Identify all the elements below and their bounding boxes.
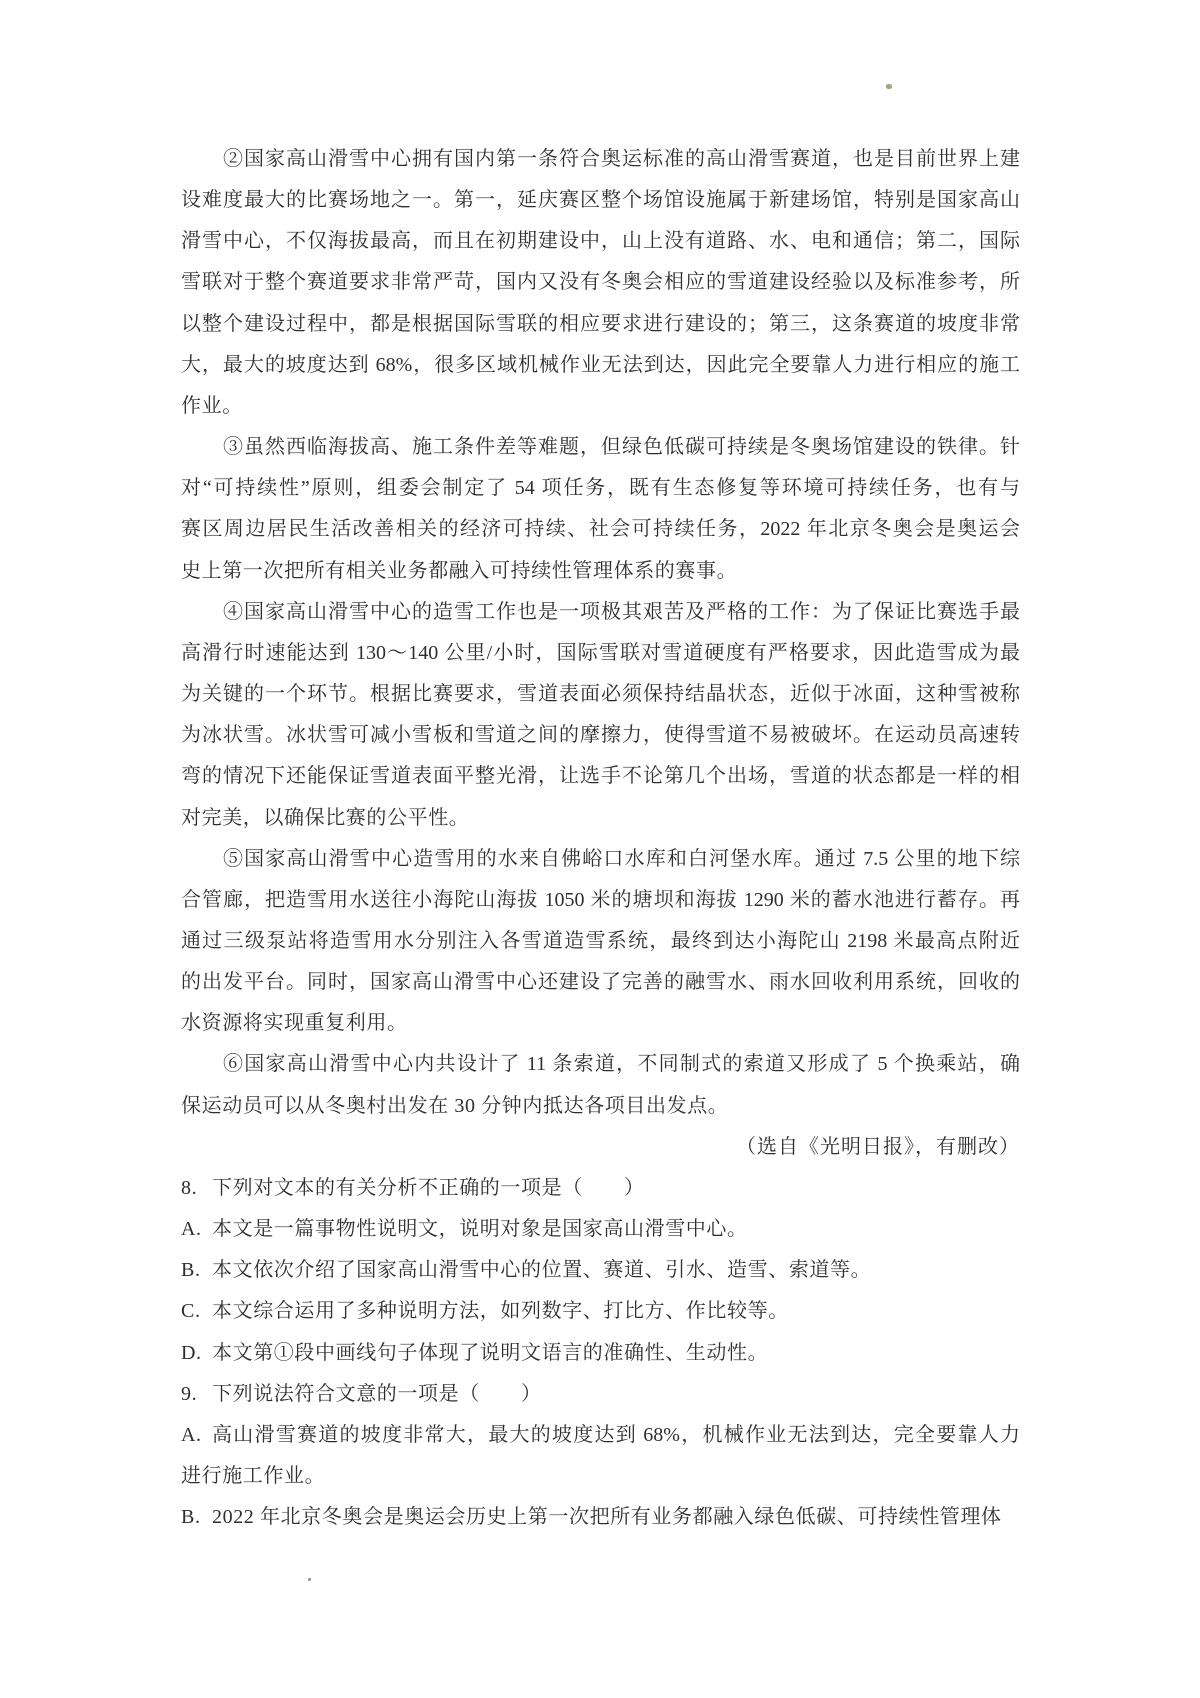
question-number: 8.	[181, 1168, 212, 1209]
passage-line: 赛区周边居民生活改善相关的经济可持续、社会可持续任务，2022 年北京冬奥会是奥…	[181, 509, 1020, 550]
passage-line: ④国家高山滑雪中心的造雪工作也是一项极其艰苦及严格的工作：为了保证比赛选手最	[181, 592, 1020, 633]
option-label: B.	[181, 1250, 212, 1291]
question-stem: 下列对文本的有关分析不正确的一项是（ ）	[212, 1168, 1020, 1209]
question-stem-row: 9.下列说法符合文意的一项是（ ）	[181, 1374, 1020, 1415]
passage-line: 大，最大的坡度达到 68%，很多区域机械作业无法到达，因此完全要靠人力进行相应的…	[181, 345, 1020, 386]
option-row: B.本文依次介绍了国家高山滑雪中心的位置、赛道、引水、造雪、索道等。	[181, 1250, 1020, 1291]
passage-paragraph-6: ⑥国家高山滑雪中心内共设计了 11 条索道，不同制式的索道又形成了 5 个换乘站…	[181, 1044, 1020, 1126]
option-row: B.2022 年北京冬奥会是奥运会历史上第一次把所有业务都融入绿色低碳、可持续性…	[181, 1497, 1020, 1538]
option-label: D.	[181, 1333, 212, 1374]
passage-line: 保运动员可以从冬奥村出发在 30 分钟内抵达各项目出发点。	[181, 1086, 1020, 1127]
passage-line: 为关键的一个环节。根据比赛要求，雪道表面必须保持结晶状态，近似于冰面，这种雪被称	[181, 674, 1020, 715]
passage-line: 合管廊，把造雪用水送往小海陀山海拔 1050 米的塘坝和海拔 1290 米的蓄水…	[181, 880, 1020, 921]
passage-line: 通过三级泵站将造雪用水分别注入各雪道造雪系统，最终到达小海陀山 2198 米最高…	[181, 921, 1020, 962]
passage-line: 对完美，以确保比赛的公平性。	[181, 798, 1020, 839]
passage-line: 设难度最大的比赛场地之一。第一，延庆赛区整个场馆设施属于新建场馆，特别是国家高山	[181, 180, 1020, 221]
option-text: 本文第①段中画线句子体现了说明文语言的准确性、生动性。	[212, 1333, 1020, 1374]
passage-line: ⑤国家高山滑雪中心造雪用的水来自佛峪口水库和白河堡水库。通过 7.5 公里的地下…	[181, 839, 1020, 880]
passage-line: ③虽然西临海拔高、施工条件差等难题，但绿色低碳可持续是冬奥场馆建设的铁律。针	[181, 427, 1020, 468]
passage-line: 作业。	[181, 386, 1020, 427]
passage-line: 的出发平台。同时，国家高山滑雪中心还建设了完善的融雪水、雨水回收利用系统，回收的	[181, 962, 1020, 1003]
question-number: 9.	[181, 1374, 212, 1415]
source-attribution: （选自《光明日报》，有删改）	[181, 1127, 1020, 1168]
option-row: A.高山滑雪赛道的坡度非常大，最大的坡度达到 68%，机械作业无法到达，完全要靠…	[181, 1415, 1020, 1456]
passage-line: 以整个建设过程中，都是根据国际雪联的相应要求进行建设的；第三，这条赛道的坡度非常	[181, 304, 1020, 345]
passage-line: 弯的情况下还能保证雪道表面平整光滑，让选手不论第几个出场，雪道的状态都是一样的相	[181, 756, 1020, 797]
passage-line: 雪联对于整个赛道要求非常严苛，国内又没有冬奥会相应的雪道建设经验以及标准参考，所	[181, 262, 1020, 303]
question-8: 8.下列对文本的有关分析不正确的一项是（ ）A.本文是一篇事物性说明文，说明对象…	[181, 1168, 1020, 1374]
option-text: 本文综合运用了多种说明方法，如列数字、打比方、作比较等。	[212, 1291, 1020, 1332]
option-label: A.	[181, 1209, 212, 1250]
passage-line: 对“可持续性”原则，组委会制定了 54 项任务，既有生态修复等环境可持续任务，也…	[181, 468, 1020, 509]
passage-line: 滑雪中心，不仅海拔最高，而且在初期建设中，山上没有道路、水、电和通信；第二，国际	[181, 221, 1020, 262]
scan-speck	[308, 1578, 311, 1581]
passage-paragraph-5: ⑤国家高山滑雪中心造雪用的水来自佛峪口水库和白河堡水库。通过 7.5 公里的地下…	[181, 839, 1020, 1045]
question-stem-row: 8.下列对文本的有关分析不正确的一项是（ ）	[181, 1168, 1020, 1209]
exam-page: ②国家高山滑雪中心拥有国内第一条符合奥运标准的高山滑雪赛道，也是目前世界上建设难…	[0, 0, 1200, 1698]
passage-paragraph-2: ②国家高山滑雪中心拥有国内第一条符合奥运标准的高山滑雪赛道，也是目前世界上建设难…	[181, 139, 1020, 427]
passage-line: 高滑行时速能达到 130～140 公里/小时，国际雪联对雪道硬度有严格要求，因此…	[181, 633, 1020, 674]
option-label: C.	[181, 1291, 212, 1332]
option-row: A.本文是一篇事物性说明文，说明对象是国家高山滑雪中心。	[181, 1209, 1020, 1250]
option-text: 2022 年北京冬奥会是奥运会历史上第一次把所有业务都融入绿色低碳、可持续性管理…	[212, 1497, 1020, 1538]
option-text: 本文依次介绍了国家高山滑雪中心的位置、赛道、引水、造雪、索道等。	[212, 1250, 1020, 1291]
option-row: D.本文第①段中画线句子体现了说明文语言的准确性、生动性。	[181, 1333, 1020, 1374]
option-text: 高山滑雪赛道的坡度非常大，最大的坡度达到 68%，机械作业无法到达，完全要靠人力	[212, 1415, 1020, 1456]
option-label: B.	[181, 1497, 212, 1538]
passage-line: ⑥国家高山滑雪中心内共设计了 11 条索道，不同制式的索道又形成了 5 个换乘站…	[181, 1044, 1020, 1085]
scan-speck	[886, 84, 892, 89]
option-continuation-line: 进行施工作业。	[181, 1456, 1020, 1497]
passage-paragraph-3: ③虽然西临海拔高、施工条件差等难题，但绿色低碳可持续是冬奥场馆建设的铁律。针对“…	[181, 427, 1020, 592]
passage-line: 为冰状雪。冰状雪可减小雪板和雪道之间的摩擦力，使得雪道不易被破坏。在运动员高速转	[181, 715, 1020, 756]
option-text: 本文是一篇事物性说明文，说明对象是国家高山滑雪中心。	[212, 1209, 1020, 1250]
document-body: ②国家高山滑雪中心拥有国内第一条符合奥运标准的高山滑雪赛道，也是目前世界上建设难…	[181, 139, 1020, 1538]
passage-paragraph-4: ④国家高山滑雪中心的造雪工作也是一项极其艰苦及严格的工作：为了保证比赛选手最高滑…	[181, 592, 1020, 839]
question-stem: 下列说法符合文意的一项是（ ）	[212, 1374, 1020, 1415]
passage-line: 史上第一次把所有相关业务都融入可持续性管理体系的赛事。	[181, 551, 1020, 592]
question-9: 9.下列说法符合文意的一项是（ ）A.高山滑雪赛道的坡度非常大，最大的坡度达到 …	[181, 1374, 1020, 1539]
passage-line: ②国家高山滑雪中心拥有国内第一条符合奥运标准的高山滑雪赛道，也是目前世界上建	[181, 139, 1020, 180]
option-label: A.	[181, 1415, 212, 1456]
option-row: C.本文综合运用了多种说明方法，如列数字、打比方、作比较等。	[181, 1291, 1020, 1332]
passage-line: 水资源将实现重复利用。	[181, 1003, 1020, 1044]
